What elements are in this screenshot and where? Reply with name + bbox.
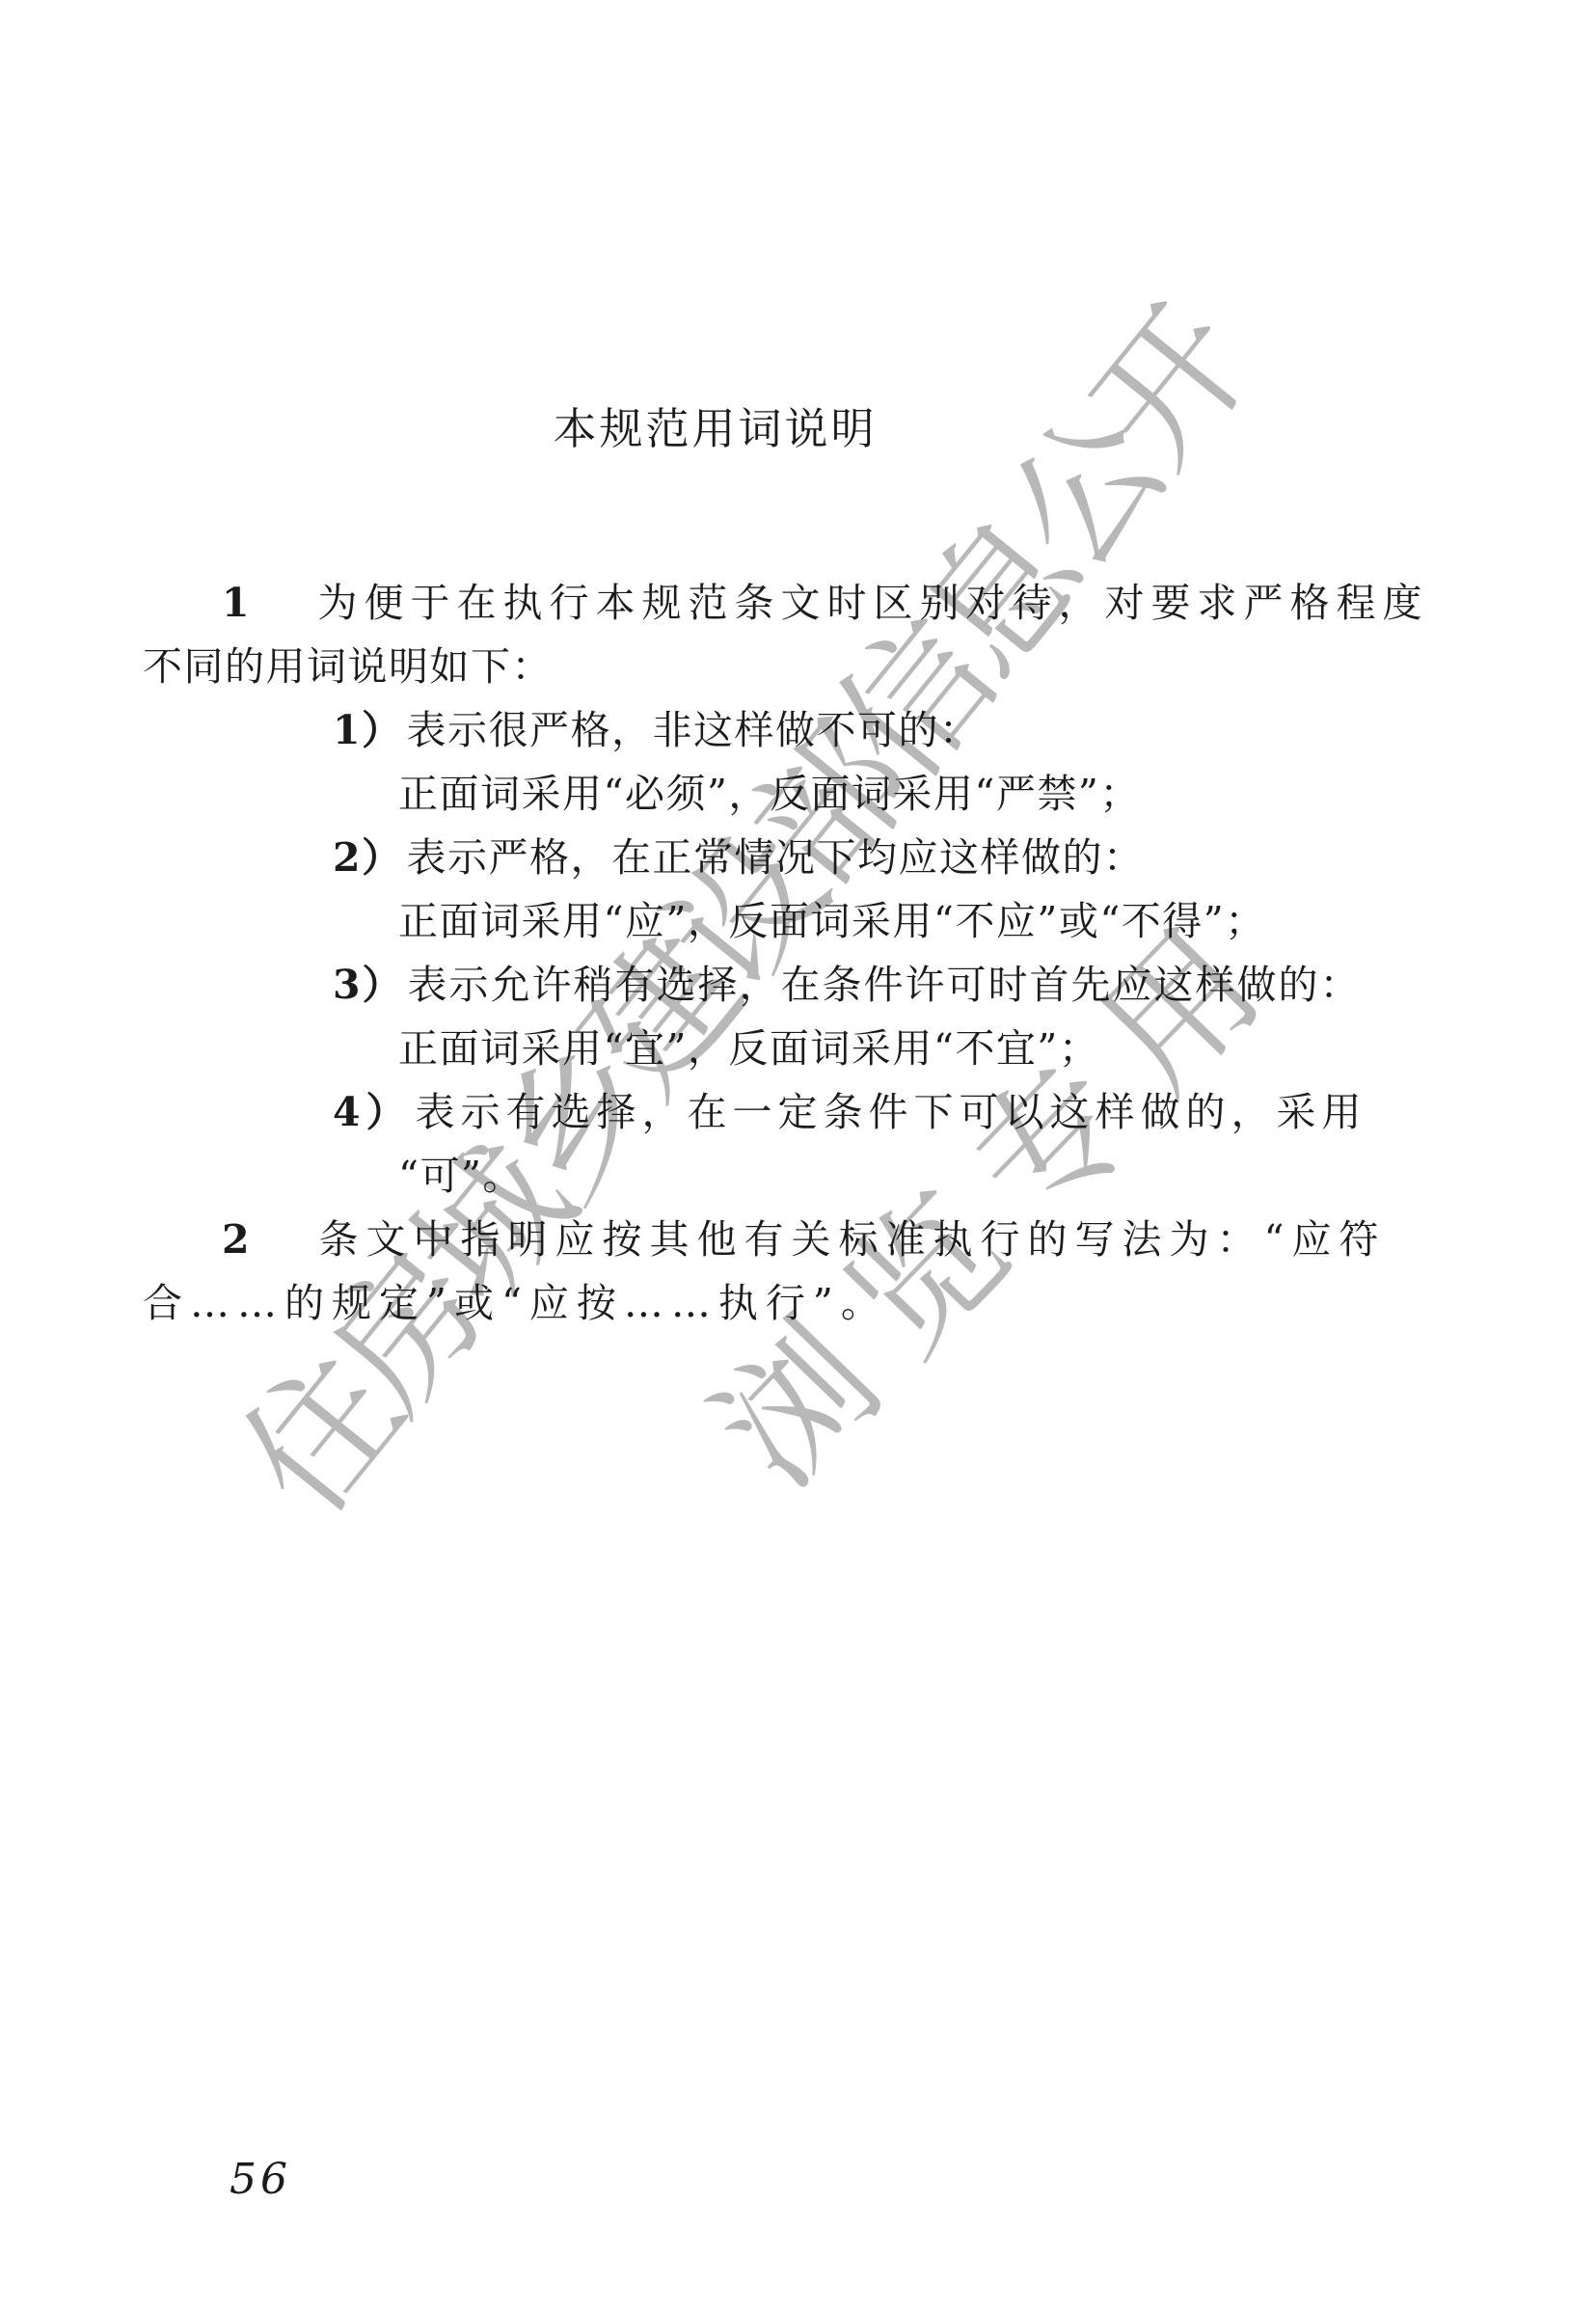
document-page: 住房城乡建设部信息公开 浏览专用 本规范用词说明 1为便于在执行本规范条文时区别…	[0, 0, 1596, 2311]
text-line: “可”。	[143, 1144, 1493, 1208]
line-text: 表示很严格，非这样做不可的：	[407, 707, 981, 753]
text-line: 不同的用词说明如下：	[143, 635, 1493, 698]
page-title: 本规范用词说明	[95, 394, 1335, 456]
line-text: 表示严格，在正常情况下均应这样做的：	[407, 834, 1145, 881]
paragraph-number: 1	[222, 580, 257, 626]
line-text: 正面词采用“宜”，反面词采用“不宜”；	[398, 1025, 1099, 1072]
text-line: 正面词采用“必须”，反面词采用“严禁”；	[143, 762, 1493, 826]
paragraph-number: 2	[222, 1216, 257, 1263]
text-line: 2）表示严格，在正常情况下均应这样做的：	[143, 826, 1493, 889]
item-number: 4）	[333, 1089, 412, 1135]
text-line: 正面词采用“宜”，反面词采用“不宜”；	[143, 1017, 1493, 1080]
line-text: 不同的用词说明如下：	[143, 643, 553, 690]
line-text: 正面词采用“应”，反面词采用“不应”或“不得”；	[398, 898, 1266, 944]
text-line: 1）表示很严格，非这样做不可的：	[143, 698, 1493, 762]
line-text: 为便于在执行本规范条文时区别对待，对要求严格程度	[318, 580, 1429, 626]
item-number: 3）	[333, 962, 404, 1008]
text-line: 正面词采用“应”，反面词采用“不应”或“不得”；	[143, 889, 1493, 953]
text-line: 3）表示允许稍有选择，在条件许可时首先应这样做的：	[143, 953, 1493, 1017]
body-text: 1为便于在执行本规范条文时区别对待，对要求严格程度 不同的用词说明如下： 1）表…	[143, 571, 1493, 1335]
item-number: 1）	[333, 707, 403, 753]
line-text: “可”。	[398, 1153, 524, 1199]
line-text: 表示允许稍有选择，在条件许可时首先应这样做的：	[408, 962, 1362, 1008]
line-text: 条文中指明应按其他有关标准执行的写法为：“应符	[319, 1216, 1387, 1263]
line-text: 表示有选择，在一定条件下可以这样做的，采用	[416, 1089, 1367, 1135]
text-line: 1为便于在执行本规范条文时区别对待，对要求严格程度	[143, 571, 1493, 635]
page-number: 56	[230, 2155, 291, 2204]
item-number: 2）	[333, 834, 403, 881]
text-line: 2条文中指明应按其他有关标准执行的写法为：“应符	[143, 1208, 1493, 1271]
text-line: 4）表示有选择，在一定条件下可以这样做的，采用	[143, 1080, 1493, 1144]
text-line: 合……的规定”或“应按……执行”。	[143, 1271, 1493, 1335]
line-text: 合……的规定”或“应按……执行”。	[143, 1280, 888, 1326]
line-text: 正面词采用“必须”，反面词采用“严禁”；	[398, 771, 1141, 817]
